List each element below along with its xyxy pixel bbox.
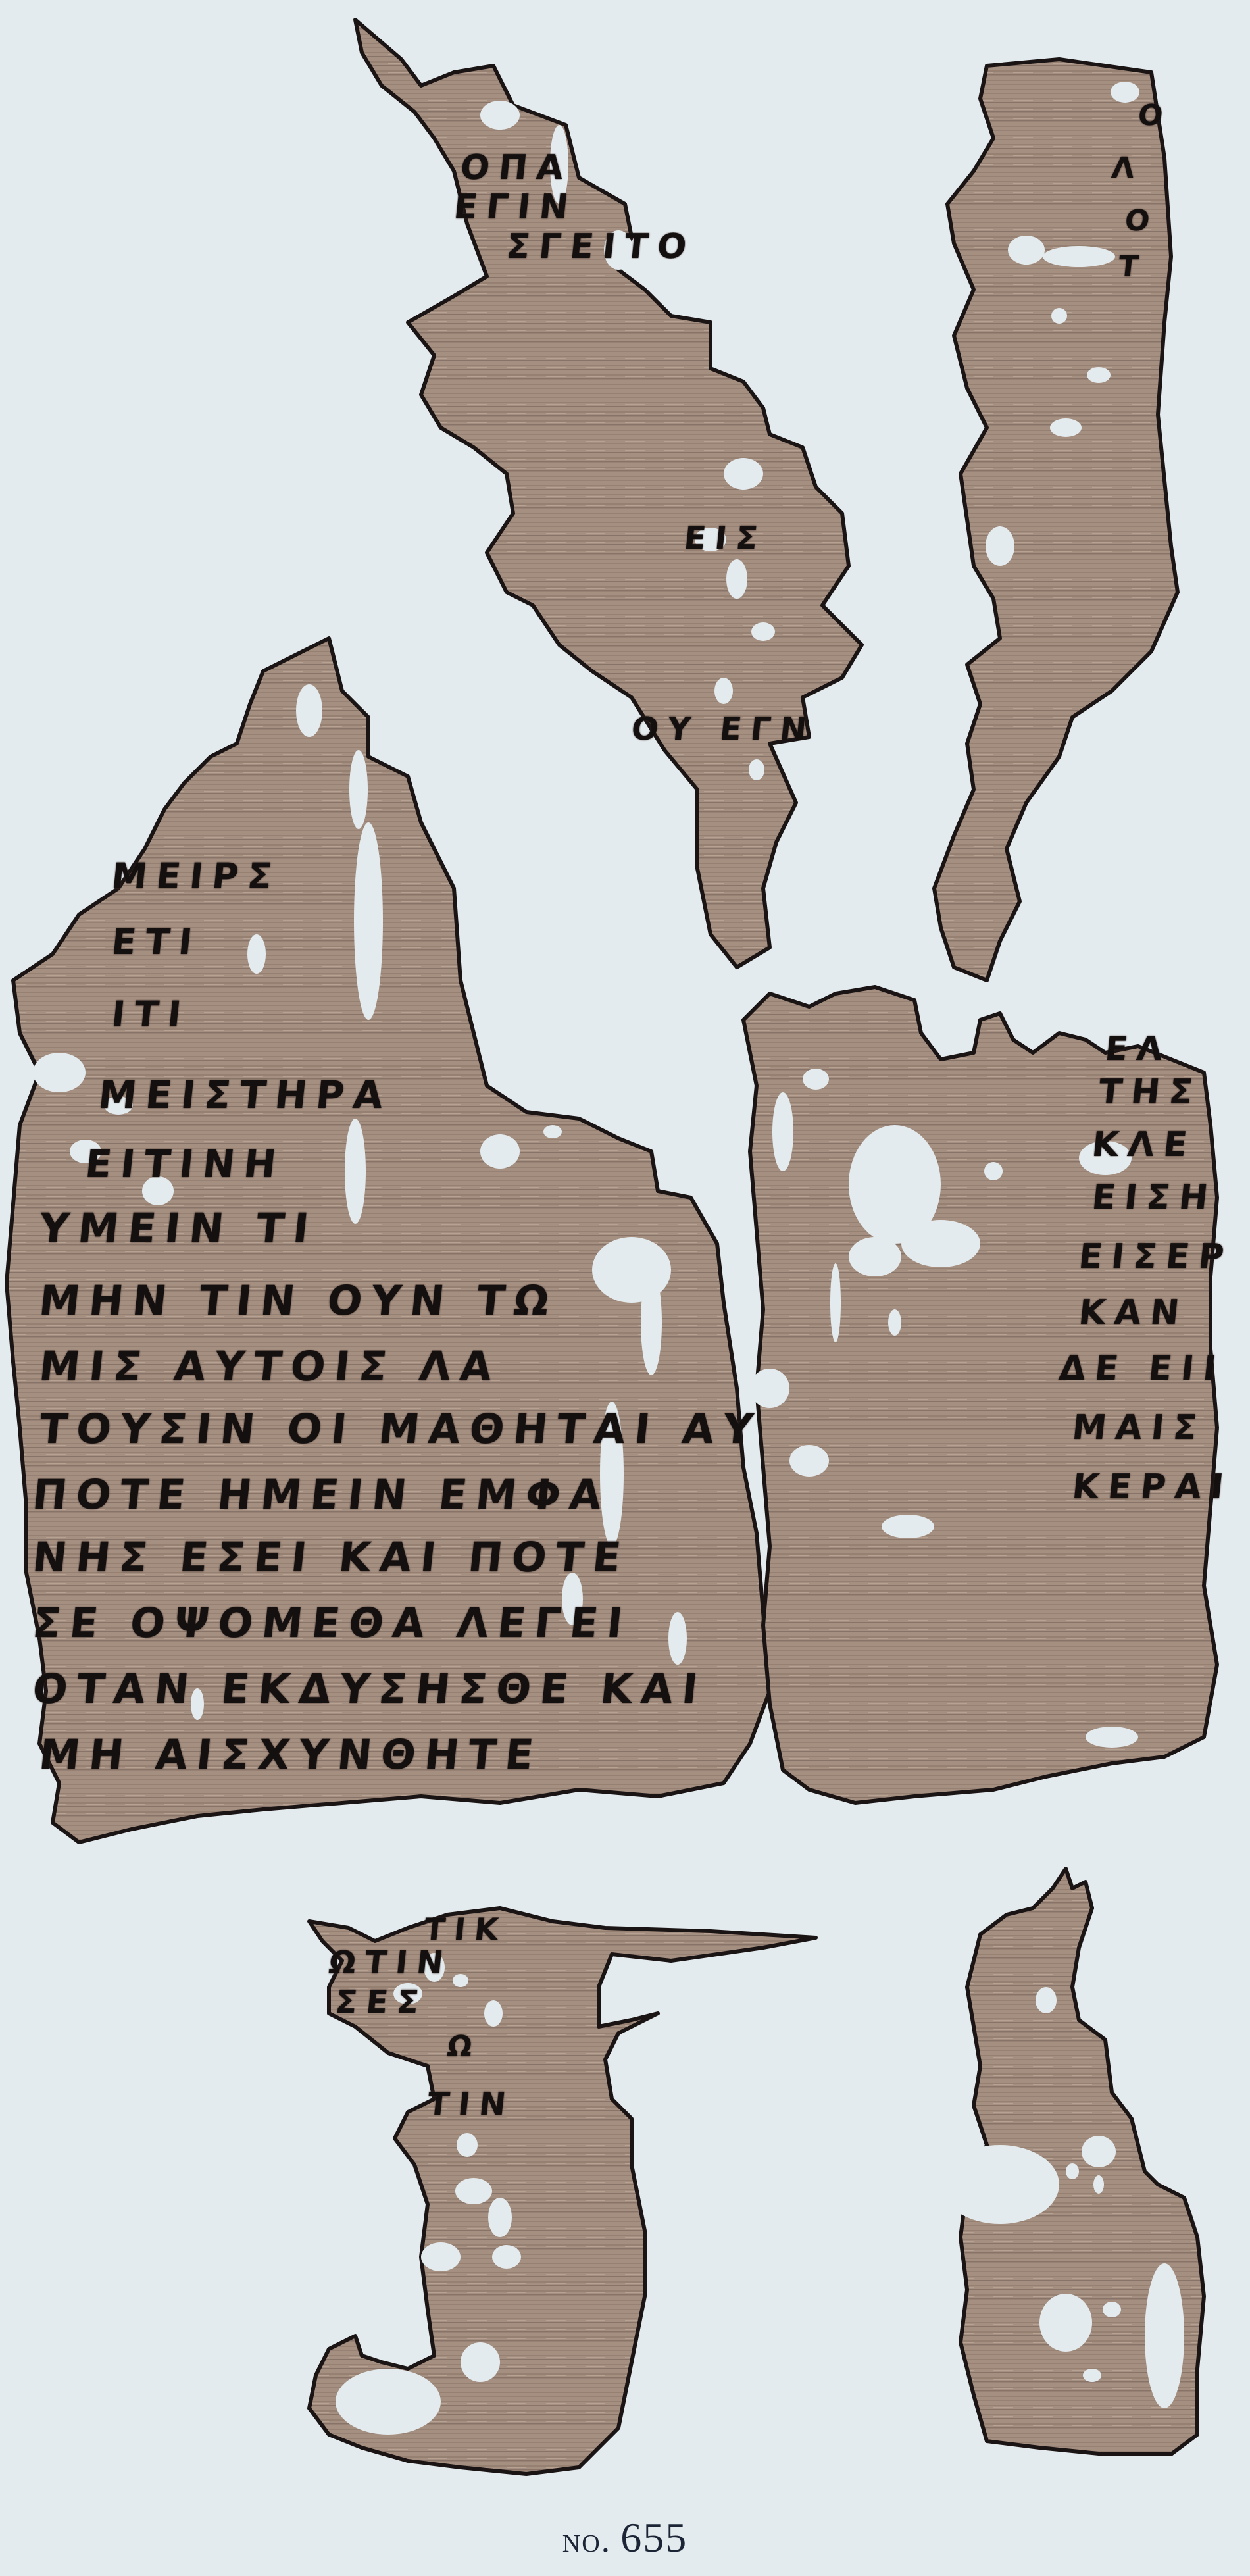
text-line: ΕΤΙ	[110, 921, 203, 963]
text-line: ΕΙΣ	[682, 520, 768, 557]
text-line: ΚΕΡΑΙ	[1070, 1467, 1235, 1507]
text-line: ΕΙΣΗ	[1090, 1178, 1219, 1217]
text-line: ΜΗΝ ΤΙΝ ΟΥΝ ΤΩ	[37, 1276, 561, 1325]
text-line: ΜΕΙΡΣ	[110, 855, 284, 897]
text-line: Ο	[1123, 204, 1161, 238]
fragment-bottom-center: ΤΙΚ ΩΤΙΝ ΣΕΣ Ω ΤΙΝ	[303, 1902, 822, 2481]
fragment-main-right: ΕΛ ΤΗΣ ΚΛΕ ΕΙΣΗ ΕΙΣΕΡ ΚΑΝ ΔΕ ΕΙΙ ΜΑΙΣ ΚΕ…	[743, 980, 1224, 1829]
text-line: ΕΙΣΕΡ	[1077, 1237, 1235, 1276]
fragment-bottom-right-shape	[947, 1869, 1211, 2474]
text-line: ΜΕΙΣΤΗΡΑ	[96, 1073, 394, 1117]
fragment-bottom-right	[947, 1869, 1211, 2474]
text-line: ΣΓΕΙΤΟ	[505, 227, 698, 266]
text-line: ΠΟΤΕ ΗΜΕΙΝ ΕΜΦΑ	[30, 1471, 613, 1519]
text-line: ΝΗΣ ΕΣΕΙ ΚΑΙ ΠΟΤΕ	[30, 1533, 632, 1581]
text-line: ΥΜΕΙΝ ΤΙ	[37, 1204, 320, 1252]
text-line: ΟΠΑ	[459, 148, 574, 188]
plate-caption: no.655	[0, 2513, 1250, 2562]
text-line: ΕΓΙΝ	[452, 188, 580, 227]
text-line: Ο	[1136, 99, 1174, 132]
text-line: Ω	[445, 2030, 483, 2063]
text-line: ΣΕΣ	[334, 1984, 430, 2021]
text-line: ΚΑΝ	[1077, 1293, 1190, 1332]
text-line: ΤΙΝ	[426, 2086, 517, 2123]
plate-caption-prefix: no.	[562, 2520, 611, 2560]
text-line: ΙΤΙ	[110, 994, 193, 1035]
fragment-main-left-text: ΜΕΙΡΣ ΕΤΙ ΙΤΙ ΜΕΙΣΤΗΡΑ ΕΙΤΙΝΗ ΥΜΕΙΝ ΤΙ Μ…	[0, 612, 776, 1856]
text-line: ΕΙΤΙΝΗ	[83, 1142, 287, 1186]
papyrus-plate: ΟΠΑ ΕΓΙΝ ΣΓΕΙΤΟ ΕΙΣ ΟΥ ΕΓΝ Ο Λ Ο Τ	[0, 0, 1250, 2576]
fragment-main-right-text: ΕΛ ΤΗΣ ΚΛΕ ΕΙΣΗ ΕΙΣΕΡ ΚΑΝ ΔΕ ΕΙΙ ΜΑΙΣ ΚΕ…	[743, 980, 1224, 1829]
text-line: Λ	[1110, 151, 1145, 185]
fragment-top-right-text: Ο Λ Ο Τ	[928, 59, 1191, 994]
text-line: ΤΙΚ	[422, 1911, 509, 1947]
text-line: ΜΑΙΣ	[1070, 1408, 1208, 1448]
fragment-main-left: ΜΕΙΡΣ ΕΤΙ ΙΤΙ ΜΕΙΣΤΗΡΑ ΕΙΤΙΝΗ ΥΜΕΙΝ ΤΙ Μ…	[0, 612, 776, 1856]
text-line: ΔΕ ΕΙΙ	[1057, 1349, 1227, 1388]
text-line: ΚΛΕ	[1090, 1125, 1198, 1165]
text-line: ΤΗΣ	[1097, 1073, 1204, 1112]
plate-caption-number: 655	[620, 2514, 687, 2561]
fragment-bottom-center-text: ΤΙΚ ΩΤΙΝ ΣΕΣ Ω ΤΙΝ	[303, 1902, 822, 2481]
text-line: ΩΤΙΝ	[327, 1944, 454, 1981]
text-line: ΟΤΑΝ ΕΚΔΥΣΗΣΘΕ ΚΑΙ	[30, 1665, 709, 1713]
text-line: Τ	[1116, 250, 1149, 284]
text-line: ΣΕ ΟΨΟΜΕΘΑ ΛΕΓΕΙ	[30, 1599, 634, 1647]
fragment-top-right: Ο Λ Ο Τ	[928, 59, 1191, 994]
text-line: ΜΗ ΑΙΣΧΥΝΘΗΤΕ	[37, 1730, 545, 1779]
text-line: ΜΙΣ ΑΥΤΟΙΣ ΛΑ	[37, 1342, 503, 1390]
text-line: ΕΛ	[1103, 1030, 1174, 1068]
